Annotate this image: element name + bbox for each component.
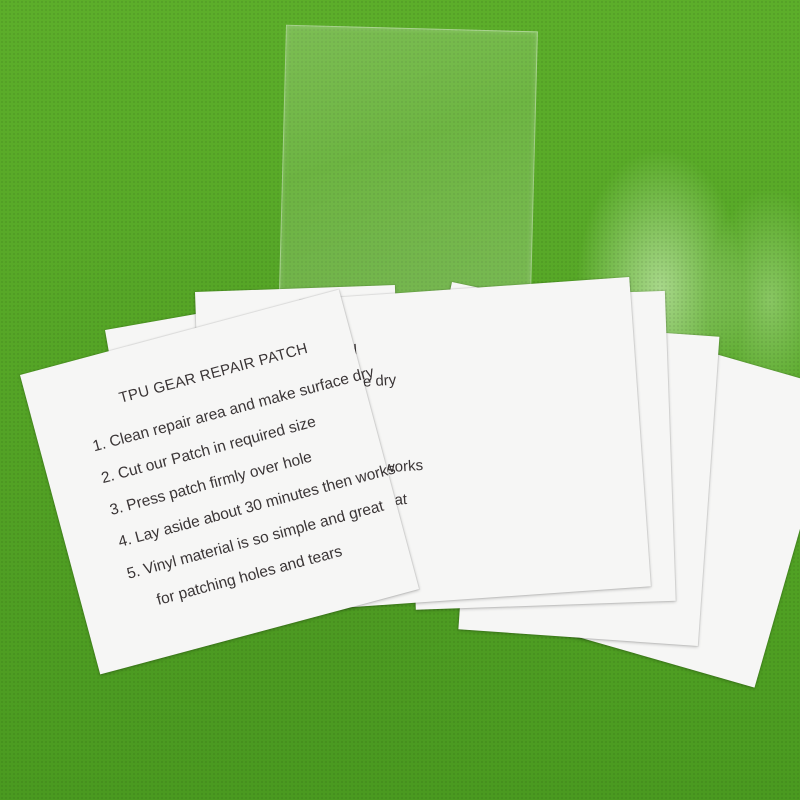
green-vinyl-background: AIR PATCH make surface dry d size ole th… [0, 0, 800, 800]
